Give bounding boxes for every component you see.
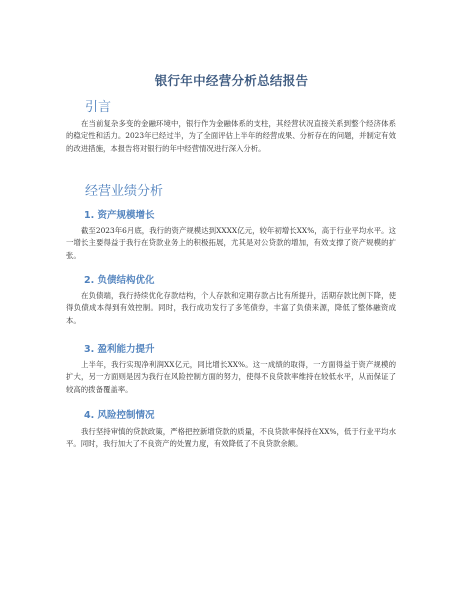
profitability-paragraph: 上半年，我行实现净利润XX亿元，同比增长XX%。这一成绩的取得，一方面得益于资产…	[66, 359, 396, 396]
risk-control-paragraph: 我行坚持审慎的贷款政策，严格把控新增贷款的质量，不良贷款率保持在XX%，低于行业…	[66, 426, 396, 451]
document-page: 银行年中经营分析总结报告 引言 在当前复杂多变的金融环境中，银行作为金融体系的支…	[0, 0, 463, 600]
liability-structure-paragraph: 在负债端，我行持续优化存款结构，个人存款和定期存款占比有所提升，活期存款比例下降…	[66, 290, 396, 327]
document-title: 银行年中经营分析总结报告	[0, 71, 463, 89]
subsection-heading-liability-structure: 2. 负债结构优化	[84, 272, 155, 286]
asset-growth-paragraph: 截至2023年6月底，我行的资产规模达到XXXX亿元，较年初增长XX%，高于行业…	[66, 225, 396, 262]
subsection-heading-risk-control: 4. 风险控制情况	[84, 407, 155, 421]
intro-paragraph: 在当前复杂多变的金融环境中，银行作为金融体系的支柱，其经营状况直接关系到整个经济…	[66, 118, 396, 155]
subsection-heading-profitability: 3. 盈利能力提升	[84, 341, 155, 355]
section-heading-intro: 引言	[85, 96, 111, 115]
section-heading-performance: 经营业绩分析	[85, 180, 163, 199]
subsection-heading-asset-growth: 1. 资产规模增长	[84, 207, 155, 221]
